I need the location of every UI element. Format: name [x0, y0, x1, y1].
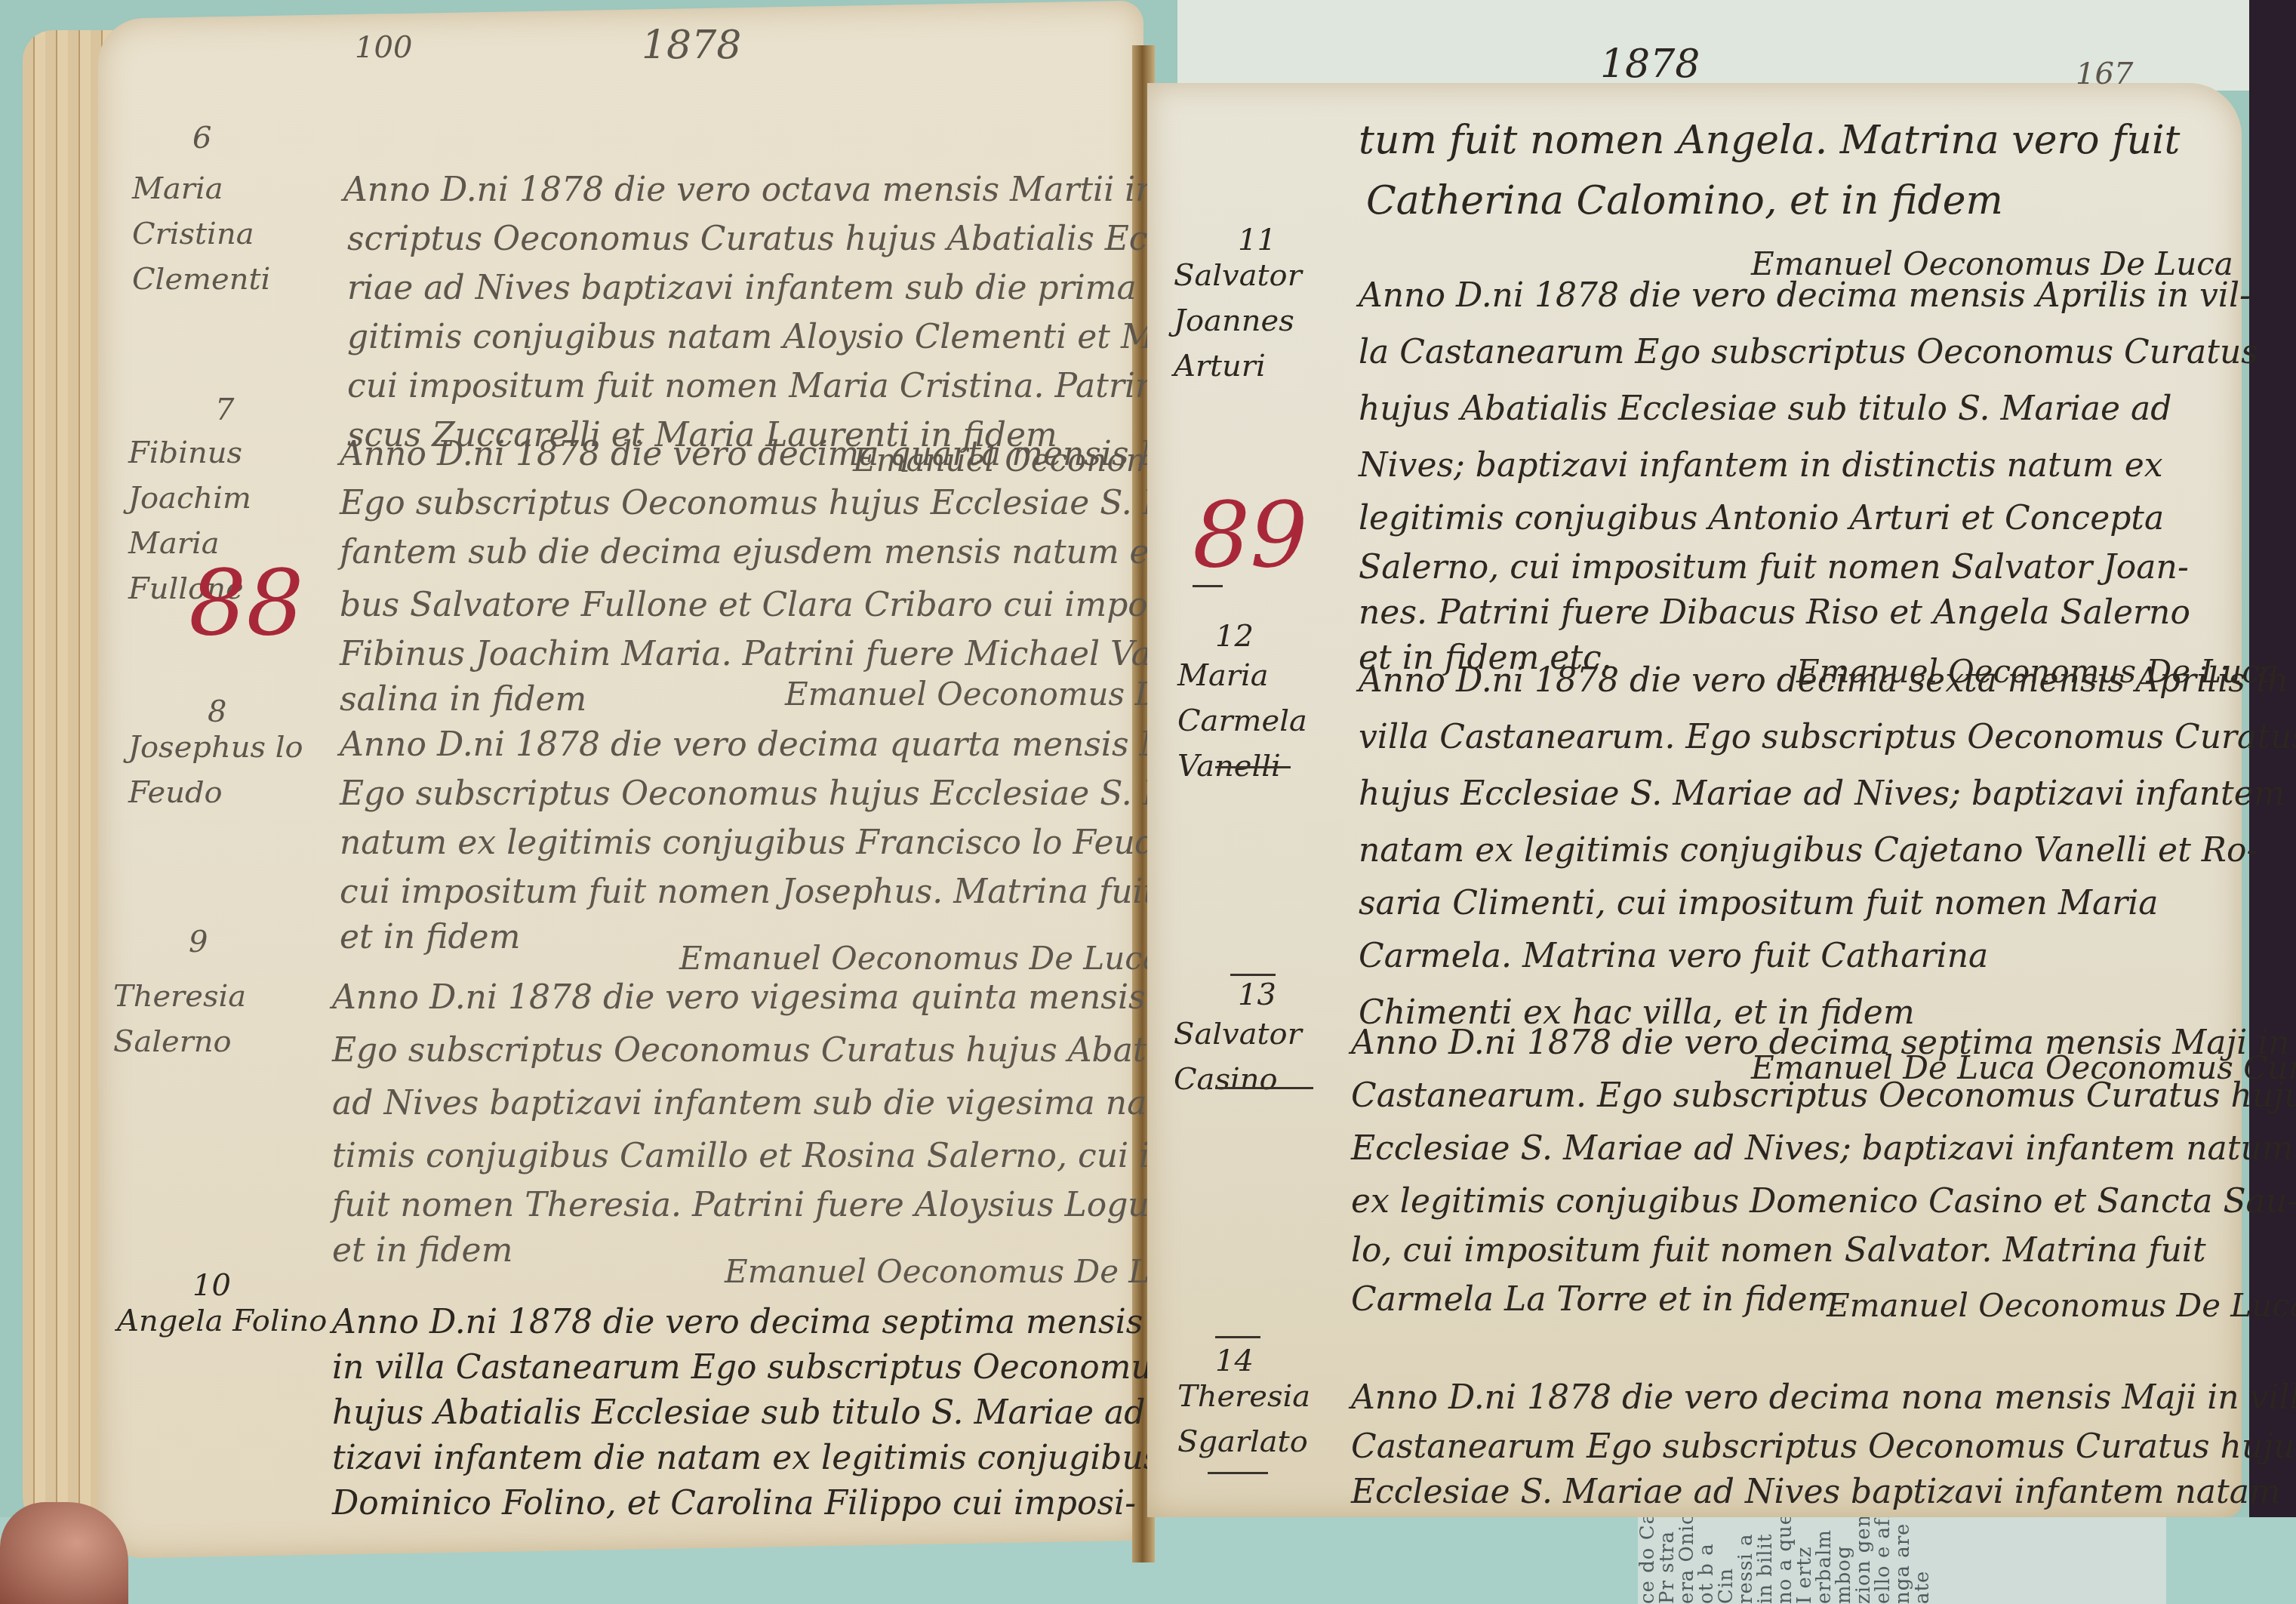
margin-name: Theresia Sgarlato	[1177, 1374, 1351, 1464]
page-number-left: 100	[355, 30, 412, 65]
margin-name: Angela Folino	[117, 1298, 328, 1344]
entry-line: Castanearum Ego subscriptus Oeconomus Cu…	[1351, 1430, 2296, 1464]
newspaper-fragment: ce do Ca Pr stra era Onio ot b a Cin res…	[1638, 1510, 2166, 1604]
entry-line: lo, cui impositum fuit nomen Salvator. M…	[1351, 1234, 2206, 1267]
entry-line: et in fidem	[332, 1234, 512, 1267]
entry-line: Carmela. Matrina vero fuit Catharina	[1359, 940, 1988, 973]
entry-line: Anno D.ni 1878 die vero decima nona mens…	[1351, 1381, 2296, 1415]
red-folio-number: 88	[189, 551, 304, 656]
signature: Emanuel Oeconomus De Luca	[725, 1253, 1207, 1290]
entry-line: saria Climenti, cui impositum fuit nomen…	[1359, 887, 2159, 920]
entry-line: Castanearum. Ego subscriptus Oeconomus C…	[1351, 1079, 2296, 1113]
entry-number: 12	[1215, 619, 1254, 654]
entry-line: hujus Abatialis Ecclesiae sub titulo S. …	[1359, 393, 2172, 426]
page-number-right: 167	[2076, 57, 2133, 91]
divider-rule	[1215, 766, 1291, 768]
entry-line: et in fidem	[340, 921, 520, 954]
entry-line: Ecclesiae S. Mariae ad Nives; baptizavi …	[1351, 1132, 2294, 1165]
continuation-line: tum fuit nomen Angela. Matrina vero fuit	[1359, 121, 2180, 160]
entry-line: villa Castanearum. Ego subscriptus Oecon…	[1359, 721, 2296, 754]
divider-rule	[1230, 974, 1276, 976]
signature: Emanuel Oeconomus De Luca	[1827, 1287, 2296, 1324]
year-header-right: 1878	[1600, 42, 1700, 87]
margin-name: Maria Carmela Vanelli	[1177, 653, 1366, 789]
entry-line: Anno D.ni 1878 die vero decima septima m…	[1351, 1027, 2296, 1060]
divider-rule	[1208, 1472, 1268, 1474]
entry-line: natam ex legitimis conjugibus Cajetano V…	[1359, 834, 2258, 867]
entry-line: la Castanearum Ego subscriptus Oeconomus…	[1359, 336, 2258, 369]
entry-line: Anno D.ni 1878 die vero decima sexta men…	[1359, 664, 2288, 697]
entry-line: Dominico Folino, et Carolina Filippo cui…	[332, 1487, 1136, 1520]
entry-line: Carmela La Torre et in fidem	[1351, 1283, 1839, 1316]
entry-line: Ecclesiae S. Mariae ad Nives baptizavi i…	[1351, 1476, 2281, 1509]
continuation-line: Catherina Calomino, et in fidem	[1366, 181, 2003, 220]
entry-line: Anno D.ni 1878 die vero decima mensis Ap…	[1359, 279, 2251, 312]
entry-line: legitimis conjugibus Antonio Arturi et C…	[1359, 502, 2164, 535]
divider-rule	[1215, 1336, 1260, 1338]
entry-number: 6	[192, 121, 211, 155]
margin-name: Josephus lo Feudo	[128, 725, 347, 815]
entry-line: hujus Ecclesiae S. Mariae ad Nives; bapt…	[1359, 777, 2285, 811]
red-folio-number: 89	[1193, 483, 1308, 588]
entry-number: 9	[189, 925, 208, 959]
margin-name: Salvator Joannes Arturi	[1174, 253, 1370, 389]
entry-line: Anno D.ni 1878 die vero decima septima m…	[332, 1306, 1263, 1339]
margin-name: Theresia Salerno	[113, 974, 340, 1064]
entry-line: nes. Patrini fuere Dibacus Riso et Angel…	[1359, 596, 2190, 630]
year-header-left: 1878	[642, 23, 741, 68]
entry-number: 7	[215, 393, 234, 427]
signature: Emanuel Oeconomus De Luca	[679, 940, 1162, 977]
divider-rule	[1215, 1087, 1313, 1089]
entry-number: 13	[1238, 977, 1276, 1012]
entry-line: Nives; baptizavi infantem in distinctis …	[1359, 449, 2163, 482]
entry-line: ex legitimis conjugibus Domenico Casino …	[1351, 1185, 2296, 1218]
margin-name: Maria Cristina Clementi	[132, 166, 336, 302]
entry-line: tizavi infantem die natam ex legitimis c…	[332, 1442, 1160, 1475]
entry-line: Salerno, cui impositum fuit nomen Salvat…	[1359, 551, 2189, 584]
divider-rule	[1193, 585, 1223, 587]
entry-line: salina in fidem	[340, 683, 586, 716]
